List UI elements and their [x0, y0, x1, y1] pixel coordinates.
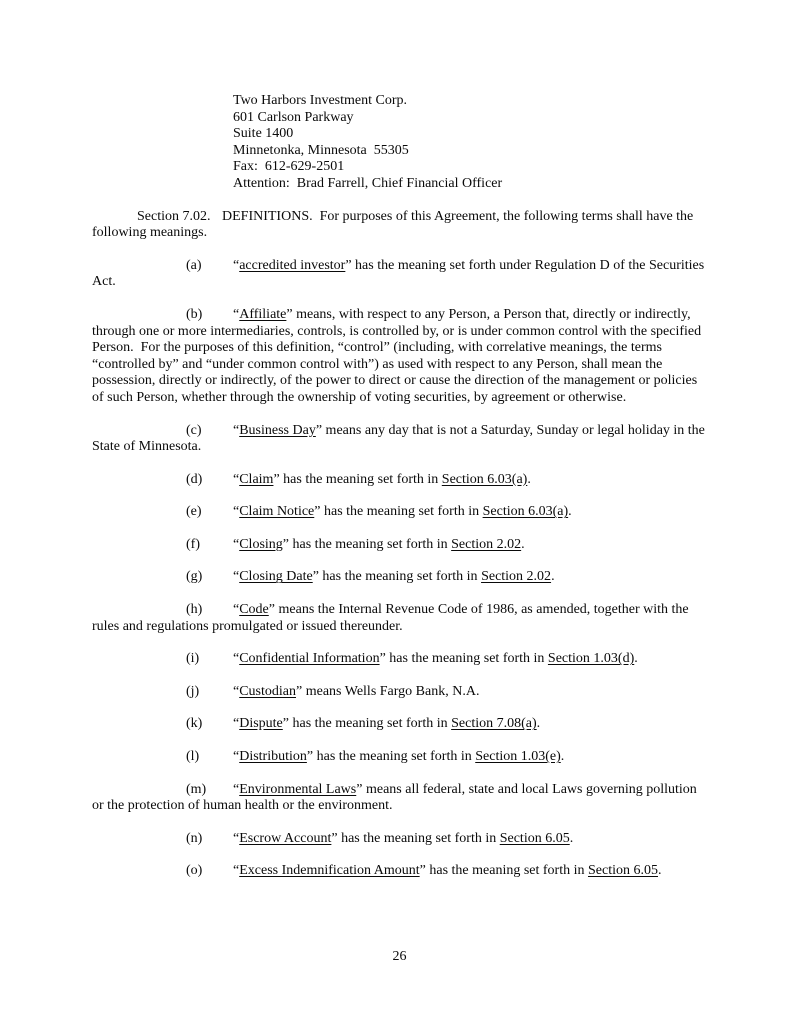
- text-run: ” has the meaning set forth in: [283, 537, 451, 552]
- underlined-term: Section 1.03(d): [548, 651, 634, 666]
- text-run: .: [568, 504, 572, 519]
- definition-paragraph: (h)“Code” means the Internal Revenue Cod…: [92, 602, 707, 635]
- underlined-term: Section 1.03(e): [475, 749, 561, 764]
- definition-label: (g): [186, 569, 233, 586]
- definition-label: (j): [186, 684, 233, 701]
- definition-label: (f): [186, 537, 233, 554]
- address-block: Two Harbors Investment Corp.601 Carlson …: [233, 93, 707, 193]
- definition-paragraph: (n)“Escrow Account” has the meaning set …: [92, 831, 707, 848]
- underlined-term: Business Day: [239, 423, 316, 438]
- text-run: ” has the meaning set forth in: [420, 863, 588, 878]
- address-line: 601 Carlson Parkway: [233, 110, 707, 127]
- address-line: Attention: Brad Farrell, Chief Financial…: [233, 176, 707, 193]
- text-run: .: [634, 651, 638, 666]
- definitions-list: (a)“accredited investor” has the meaning…: [92, 258, 707, 880]
- text-run: ” means, with respect to any Person, a P…: [92, 307, 705, 405]
- underlined-term: Affiliate: [239, 307, 286, 322]
- definition-paragraph: (j)“Custodian” means Wells Fargo Bank, N…: [92, 684, 707, 701]
- text-run: ” has the meaning set forth in: [313, 569, 481, 584]
- definition-paragraph: (l)“Distribution” has the meaning set fo…: [92, 749, 707, 766]
- text-run: ” has the meaning set forth under Regula…: [92, 258, 707, 290]
- section-heading-label: Section 7.02.: [137, 209, 222, 226]
- underlined-term: Distribution: [239, 749, 307, 764]
- underlined-term: Code: [239, 602, 269, 617]
- underlined-term: accredited investor: [239, 258, 345, 273]
- text-run: ” has the meaning set forth in: [283, 716, 451, 731]
- underlined-term: Environmental Laws: [239, 782, 356, 797]
- underlined-term: Dispute: [239, 716, 283, 731]
- underlined-term: Section 6.03(a): [442, 472, 528, 487]
- definition-label: (a): [186, 258, 233, 275]
- text-run: ” means the Internal Revenue Code of 198…: [92, 602, 692, 634]
- definition-paragraph: (i)“Confidential Information” has the me…: [92, 651, 707, 668]
- underlined-term: Section 7.08(a): [451, 716, 537, 731]
- definition-label: (c): [186, 423, 233, 440]
- text-run: .: [537, 716, 541, 731]
- address-line: Suite 1400: [233, 126, 707, 143]
- definition-label: (m): [186, 782, 233, 799]
- text-run: .: [561, 749, 565, 764]
- text-run: .: [521, 537, 525, 552]
- page-number: 26: [0, 949, 799, 966]
- definition-paragraph: (e)“Claim Notice” has the meaning set fo…: [92, 504, 707, 521]
- underlined-term: Excess Indemnification Amount: [239, 863, 419, 878]
- underlined-term: Custodian: [239, 684, 296, 699]
- underlined-term: Section 6.05: [588, 863, 658, 878]
- page-content: Two Harbors Investment Corp.601 Carlson …: [92, 93, 707, 896]
- text-run: ” has the meaning set forth in: [307, 749, 475, 764]
- text-run: ” means any day that is not a Saturday, …: [92, 423, 708, 455]
- definition-paragraph: (o)“Excess Indemnification Amount” has t…: [92, 863, 707, 880]
- definition-label: (k): [186, 716, 233, 733]
- text-run: .: [527, 472, 531, 487]
- text-run: .: [570, 831, 574, 846]
- underlined-term: Section 6.05: [500, 831, 570, 846]
- text-run: .: [551, 569, 555, 584]
- definition-label: (o): [186, 863, 233, 880]
- definition-paragraph: (c)“Business Day” means any day that is …: [92, 423, 707, 456]
- definition-paragraph: (d)“Claim” has the meaning set forth in …: [92, 472, 707, 489]
- underlined-term: Confidential Information: [239, 651, 379, 666]
- underlined-term: Escrow Account: [239, 831, 331, 846]
- text-run: ” means all federal, state and local Law…: [92, 782, 700, 814]
- text-run: .: [658, 863, 662, 878]
- definition-label: (l): [186, 749, 233, 766]
- definition-label: (e): [186, 504, 233, 521]
- underlined-term: Section 2.02: [481, 569, 551, 584]
- document-page: Two Harbors Investment Corp.601 Carlson …: [0, 0, 799, 1034]
- underlined-term: Section 6.03(a): [483, 504, 569, 519]
- definition-paragraph: (a)“accredited investor” has the meaning…: [92, 258, 707, 291]
- definition-paragraph: (b)“Affiliate” means, with respect to an…: [92, 307, 707, 407]
- definition-paragraph: (g)“Closing Date” has the meaning set fo…: [92, 569, 707, 586]
- underlined-term: Closing: [239, 537, 283, 552]
- underlined-term: Claim: [239, 472, 273, 487]
- underlined-term: Closing Date: [239, 569, 313, 584]
- definition-label: (h): [186, 602, 233, 619]
- text-run: ” has the meaning set forth in: [380, 651, 548, 666]
- definition-paragraph: (m)“Environmental Laws” means all federa…: [92, 782, 707, 815]
- section-heading: Section 7.02.DEFINITIONS. For purposes o…: [92, 209, 707, 242]
- definition-label: (i): [186, 651, 233, 668]
- definition-label: (d): [186, 472, 233, 489]
- underlined-term: Claim Notice: [239, 504, 314, 519]
- text-run: ” has the meaning set forth in: [331, 831, 499, 846]
- definition-label: (n): [186, 831, 233, 848]
- underlined-term: Section 2.02: [451, 537, 521, 552]
- definition-paragraph: (k)“Dispute” has the meaning set forth i…: [92, 716, 707, 733]
- address-line: Two Harbors Investment Corp.: [233, 93, 707, 110]
- definition-label: (b): [186, 307, 233, 324]
- address-line: Fax: 612-629-2501: [233, 159, 707, 176]
- address-line: Minnetonka, Minnesota 55305: [233, 143, 707, 160]
- text-run: ” has the meaning set forth in: [273, 472, 441, 487]
- text-run: ” has the meaning set forth in: [314, 504, 482, 519]
- text-run: ” means Wells Fargo Bank, N.A.: [296, 684, 479, 699]
- definition-paragraph: (f)“Closing” has the meaning set forth i…: [92, 537, 707, 554]
